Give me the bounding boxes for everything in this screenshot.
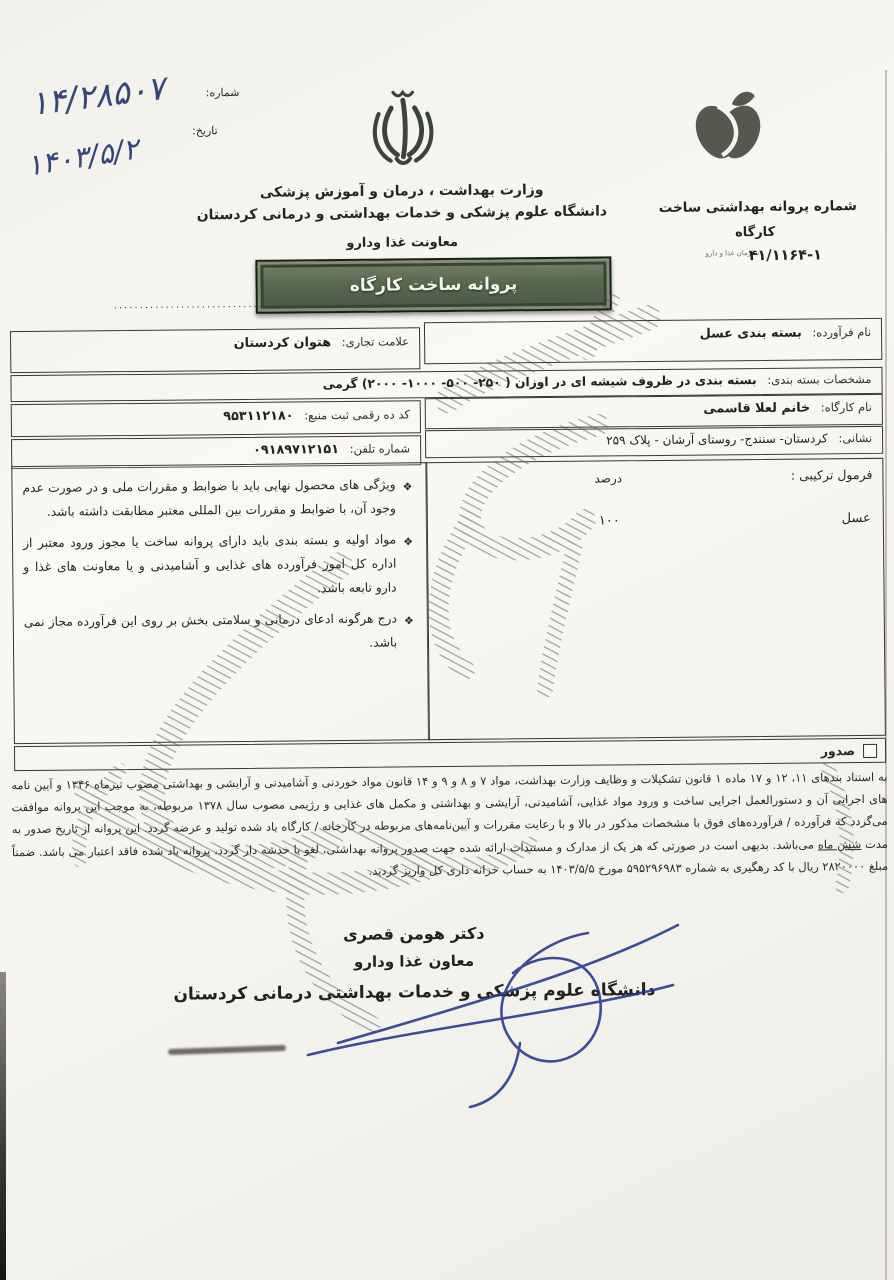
address-cell: نشانی: کردستان- سنندج- روستای آرشان - پل… [425,426,883,458]
fda-logo-icon [688,87,769,174]
workshop-name-cell: نام کارگاه: خانم لعلا قاسمی [425,394,883,429]
legal-paragraph: به استناد بندهای ۱۱، ۱۲ و ۱۷ ماده ۱ قانو… [11,766,888,886]
notes-cell: ❖ ویژگی های محصول نهایی باید با ضوابط و … [11,462,430,744]
product-name-cell: نام فرآورده: بسته بندی عسل [424,318,882,364]
trademark-label: علامت تجاری: [342,334,410,349]
address-label: نشانی: [838,431,872,445]
license-number-value: ۴۱/۱۱۶۴-۱ [675,247,894,265]
phone-value: ۰۹۱۸۹۷۱۲۱۵۱ [253,442,339,458]
deputy-line: معاونت غذا ودارو [167,231,637,256]
signature-block: دکتر هومن قصری معاون غذا ودارو دانشگاه ع… [154,922,675,1005]
ref-number-label: شماره: [206,86,240,99]
iran-emblem-icon [364,86,443,175]
bullet-icon: ❖ [404,607,414,655]
phone-label: شماره تلفن: [350,441,411,456]
formula-ingredient: عسل [842,511,871,526]
university-line: دانشگاه علوم پزشکی و خدمات بهداشتی و درم… [167,201,637,228]
registration-code-value: ۹۵۳۱۱۲۱۸۰ [223,408,293,424]
document-title-box: پروانه ساخت کارگاه [255,256,612,313]
signer-title: معاون غذا ودارو [154,950,674,973]
note-item: ❖ ویژگی های محصول نهایی باید با ضوابط و … [22,473,412,525]
note-text: درج هرگونه ادعای درمانی و سلامتی بخش بر … [24,607,398,659]
note-item: ❖ مواد اولیه و بسته بندی باید دارای پروا… [23,528,414,604]
workshop-name-value: خانم لعلا قاسمی [703,401,810,417]
formula-cell: فرمول ترکیبی : درصد عسل ۱۰۰ [425,458,886,740]
date-label: تاریخ: [192,124,218,137]
trademark-value: هتوان کردستان [234,335,332,351]
workshop-name-label: نام کارگاه: [821,400,872,414]
product-name-value: بسته بندی عسل [700,326,802,342]
trademark-cell: علامت تجاری: هتوان کردستان [10,327,420,373]
formula-label: فرمول ترکیبی : [791,467,873,483]
signer-organization: دانشگاه علوم پزشکی و خدمات بهداشتی درمان… [154,980,674,1005]
scanned-license-document: ۱۴/۲۸۵۰۷ ۱۴۰۳/۵/۲ شماره: تاریخ: وزارت به… [0,0,894,1280]
product-name-label: نام فرآورده: [812,325,871,340]
issuance-label: صدور [821,743,855,758]
license-number-label-1: شماره پروانه بهداشتی ساخت [633,198,883,216]
formula-percent-header: درصد [594,471,622,485]
issuance-checkbox [863,743,877,757]
registration-code-cell: کد ده رقمی ثبت منبع: ۹۵۳۱۱۲۱۸۰ [11,400,421,437]
header-org-block: وزارت بهداشت ، درمان و آموزش پزشکی دانشگ… [167,178,638,256]
note-text: ویژگی های محصول نهایی باید با ضوابط و مق… [22,473,396,525]
registration-code-label: کد ده رقمی ثبت منبع: [304,407,410,422]
packaging-spec-value: بسته بندی در ظروف شیشه ای در اوزان ( ۲۵۰… [323,373,757,391]
license-number-label-2: کارگاه [633,224,877,241]
formula-percent-value: ۱۰۰ [599,513,620,528]
note-item: ❖ درج هرگونه ادعای درمانی و سلامتی بخش ب… [24,607,414,659]
legal-text-part2: می‌باشد. بدیهی است در صورتی که هر یک از … [12,837,888,878]
packaging-spec-label: مشخصات بسته بندی: [767,372,871,387]
bullet-icon: ❖ [403,473,413,521]
note-text: مواد اولیه و بسته بندی باید دارای پروانه… [23,528,397,603]
legal-underlined-duration: شش ماه [818,837,862,851]
dotted-line: ······························· [114,302,275,315]
signer-name: دکتر هومن قصری [154,922,674,946]
bullet-icon: ❖ [403,528,414,600]
document-title: پروانه ساخت کارگاه [350,274,518,296]
address-value: کردستان- سنندج- روستای آرشان - پلاک ۲۵۹ [606,431,828,447]
